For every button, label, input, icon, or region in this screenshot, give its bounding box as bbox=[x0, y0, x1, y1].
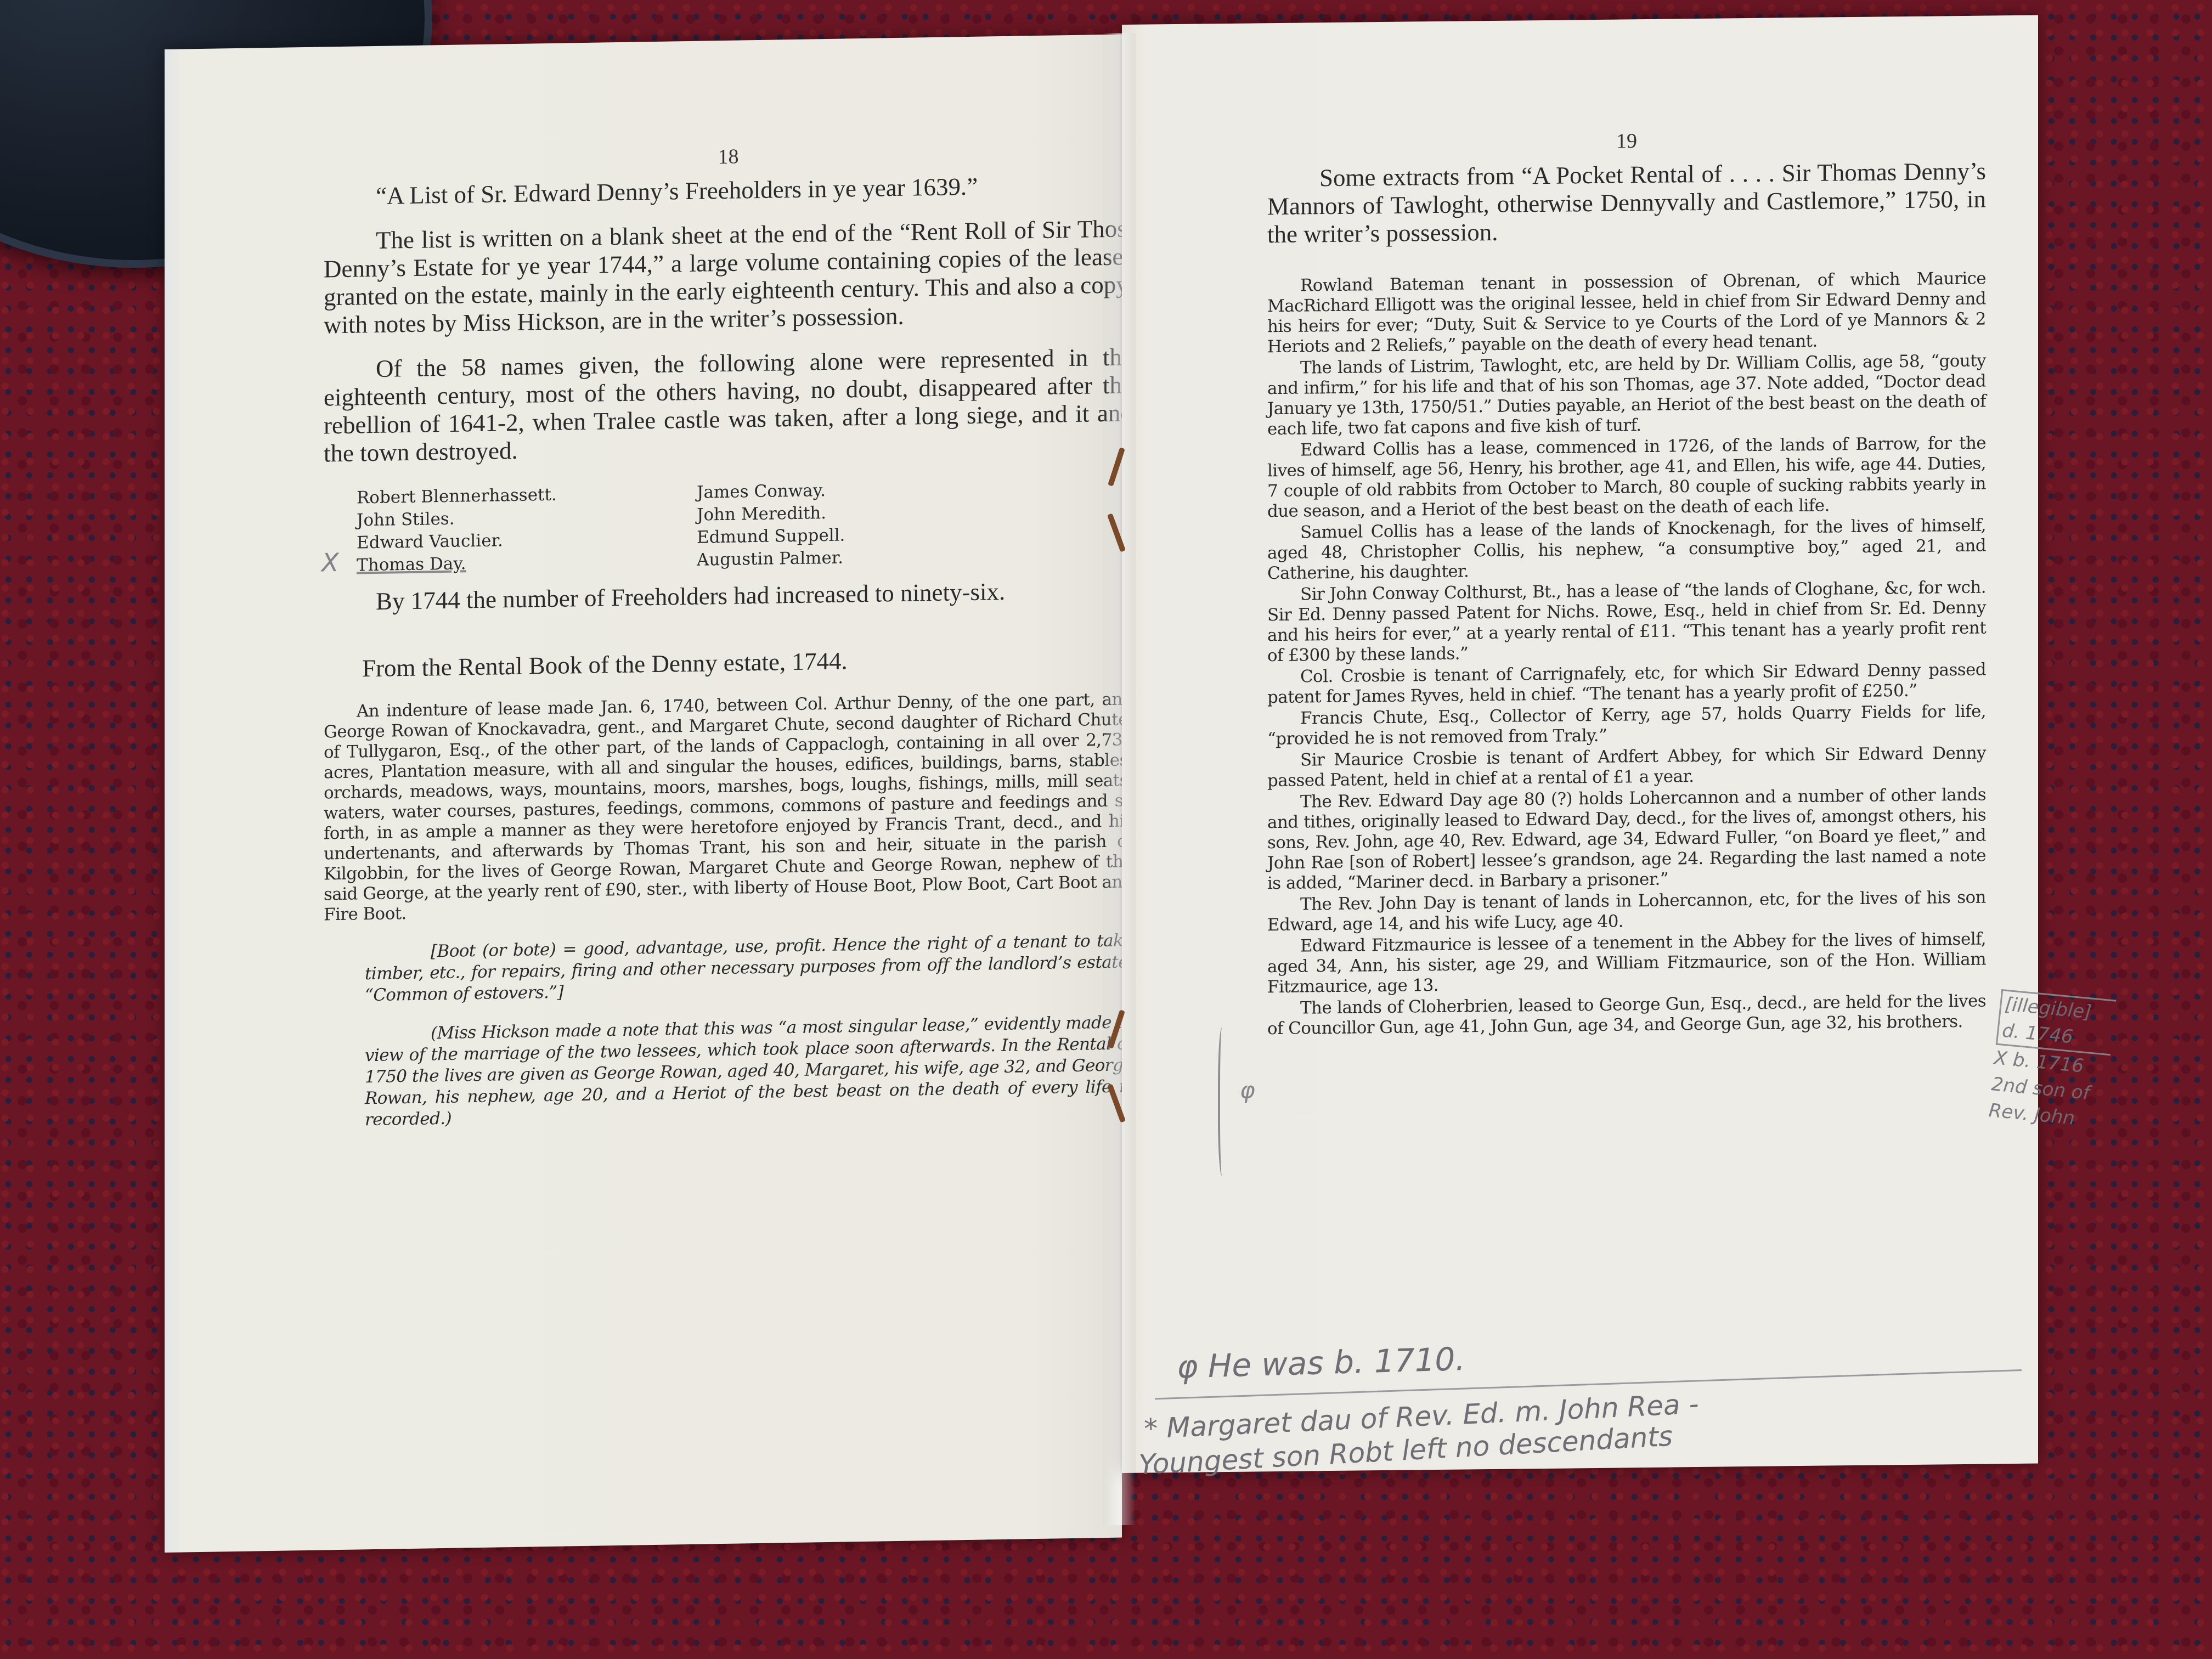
boot-note: [Boot (or bote) = good, advantage, use, … bbox=[365, 930, 1133, 1006]
entry-rev-john-day: The Rev. John Day is tenant of lands in … bbox=[1267, 888, 1986, 936]
entry-bateman: Rowland Bateman tenant in possession of … bbox=[1267, 269, 1986, 358]
right-page: 19 Some extracts from “A Pocket Rental o… bbox=[1122, 15, 2038, 1473]
name-item-marked: X Thomas Day. bbox=[357, 549, 697, 577]
margin-note-box: [illegible] d. 1746 bbox=[1996, 989, 2117, 1056]
entry-colthurst: Sir John Conway Colthurst, Bt., has a le… bbox=[1267, 578, 1986, 667]
left-page-content: 18 “A List of Sr. Edward Denny’s Freehol… bbox=[324, 138, 1133, 1131]
freeholders-count-paragraph: By 1744 the number of Freeholders had in… bbox=[324, 575, 1133, 616]
entry-samuel-collis: Samuel Collis has a lease of the lands o… bbox=[1267, 516, 1986, 584]
pencil-margin-note: [illegible] d. 1746 X b. 1716 2nd son of… bbox=[1988, 989, 2117, 1135]
pencil-phi-mark: φ bbox=[1240, 1076, 1255, 1103]
entry-edward-collis: Edward Collis has a lease, commenced in … bbox=[1267, 433, 1986, 522]
freeholder-names: Robert Blennerhassett. John Stiles. Edwa… bbox=[357, 475, 1133, 577]
entry-cloherbrien: The lands of Cloherbrien, leased to Geor… bbox=[1267, 991, 1986, 1040]
intro-paragraph: The list is written on a blank sheet at … bbox=[324, 215, 1133, 339]
entry-col-crosbie: Col. Crosbie is tenant of Carrignafely, … bbox=[1267, 660, 1986, 708]
extracts-intro: Some extracts from “A Pocket Rental of .… bbox=[1267, 157, 1986, 249]
names-column-left: Robert Blennerhassett. John Stiles. Edwa… bbox=[357, 482, 697, 577]
right-page-content: 19 Some extracts from “A Pocket Rental o… bbox=[1267, 126, 1986, 1041]
page-number: 18 bbox=[324, 138, 1133, 175]
book-gutter bbox=[1103, 33, 1136, 1525]
names-paragraph: Of the 58 names given, the following alo… bbox=[324, 343, 1133, 467]
pencil-x-mark: X bbox=[321, 551, 339, 574]
page-number: 19 bbox=[1267, 126, 1986, 157]
footer-note-line: φ He was b. 1710. bbox=[1177, 1324, 2033, 1386]
lease-paragraph: An indenture of lease made Jan. 6, 1740,… bbox=[324, 689, 1133, 925]
names-column-right: James Conway. John Meredith. Edmund Supp… bbox=[697, 475, 1133, 571]
left-page: 18 “A List of Sr. Edward Denny’s Freehol… bbox=[165, 35, 1122, 1553]
hickson-note: (Miss Hickson made a note that this was … bbox=[365, 1012, 1133, 1131]
entry-fitzmaurice: Edward Fitzmaurice is lessee of a teneme… bbox=[1267, 929, 1986, 998]
list-title: “A List of Sr. Edward Denny’s Freeholder… bbox=[324, 170, 1133, 211]
entry-francis-chute: Francis Chute, Esq., Collector of Kerry,… bbox=[1267, 702, 1986, 750]
entry-maurice-crosbie: Sir Maurice Crosbie is tenant of Ardfert… bbox=[1267, 743, 1986, 792]
entry-rev-edward-day: The Rev. Edward Day age 80 (?) holds Loh… bbox=[1267, 785, 1986, 894]
section-heading: From the Rental Book of the Denny estate… bbox=[362, 642, 1133, 682]
entry-listrim: The lands of Listrim, Tawloght, etc, are… bbox=[1267, 351, 1986, 440]
pencil-footer-note: φ He was b. 1710. * Margaret dau of Rev.… bbox=[1127, 1332, 2033, 1462]
pencil-bracket bbox=[1218, 1028, 1228, 1176]
name-item: Thomas Day. bbox=[357, 554, 466, 575]
